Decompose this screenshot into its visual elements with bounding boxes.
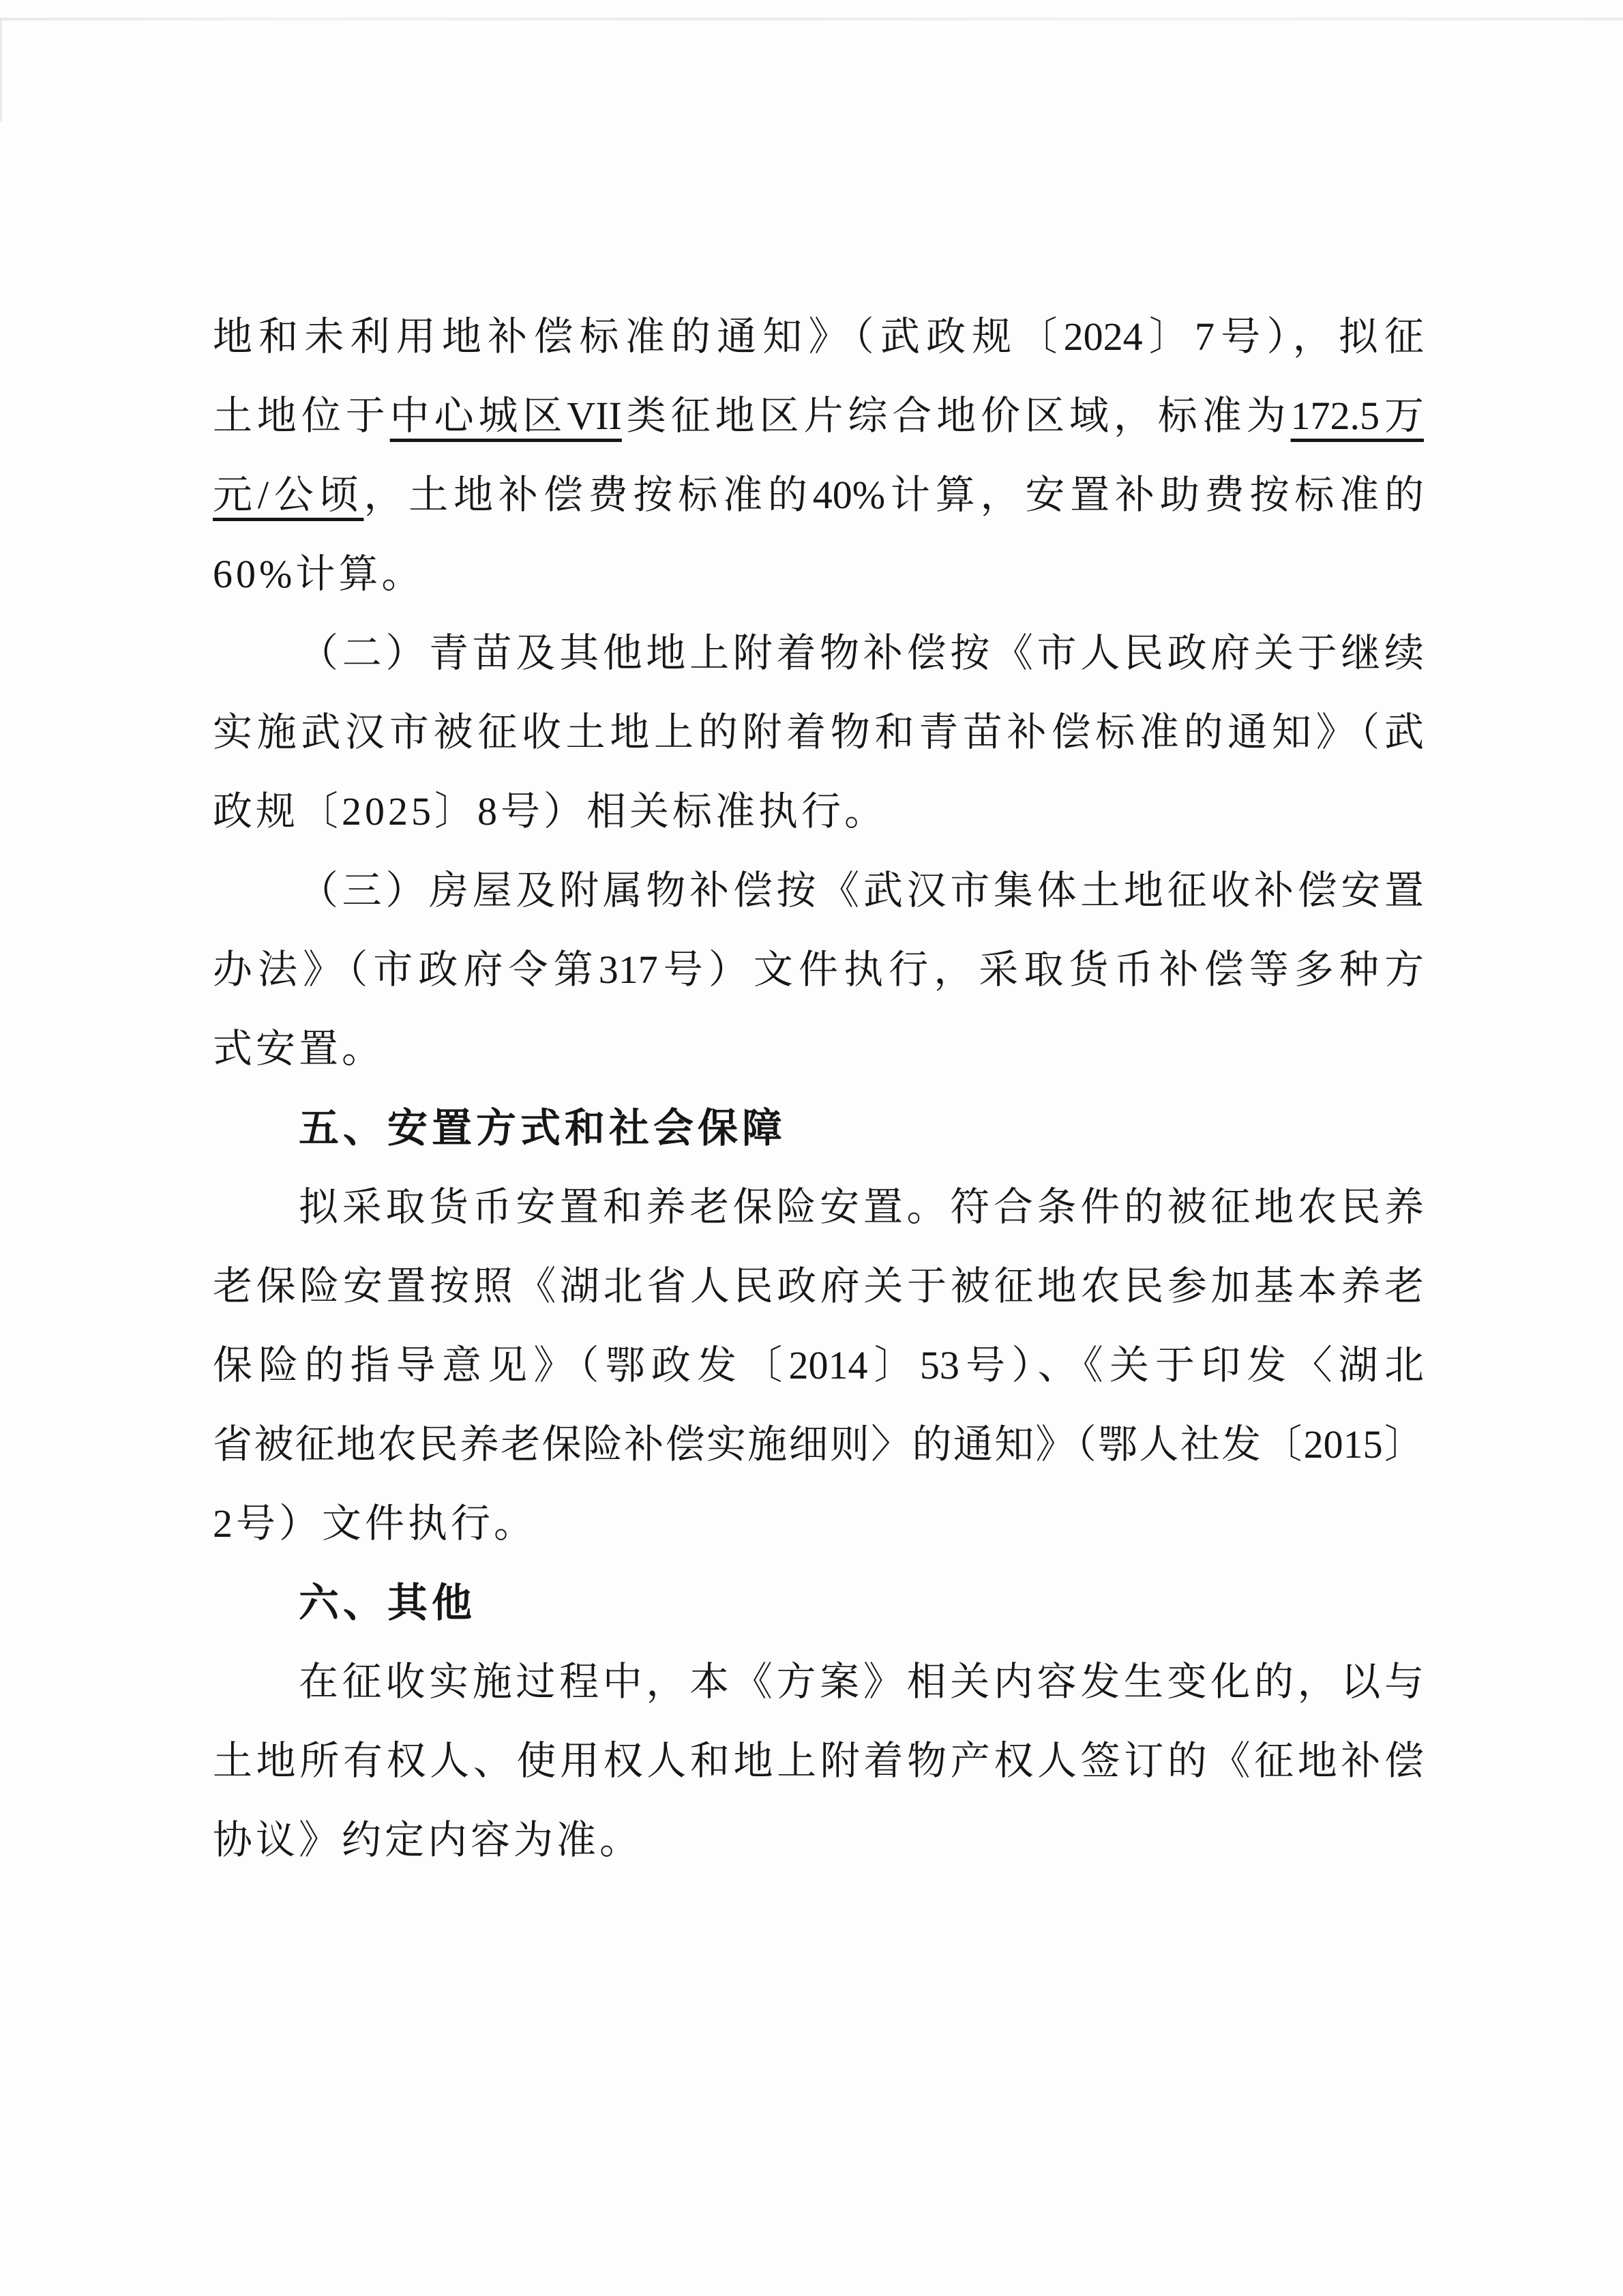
underlined-text: 元/公顷 <box>213 473 363 517</box>
text-line: 式安置。 <box>213 1010 1424 1089</box>
section-heading: 五、安置方式和社会保障 <box>213 1089 1424 1168</box>
text-run: 式安置。 <box>213 1027 385 1071</box>
document-text: 地和未利用地补偿标准的通知》（武政规〔2024〕7号），拟征土地位于中心城区VI… <box>213 297 1424 1880</box>
text-line: 2号）文件执行。 <box>213 1484 1424 1563</box>
text-line: （三）房屋及附属物补偿按《武汉市集体土地征收补偿安置 <box>213 851 1424 930</box>
text-line: 拟采取货币安置和养老保险安置。符合条件的被征地农民养 <box>213 1168 1424 1247</box>
text-line: 土地所有权人、使用权人和地上附着物产权人签订的《征地补偿 <box>213 1722 1424 1801</box>
text-line: 办法》（市政府令第317号）文件执行，采取货币补偿等多种方 <box>213 930 1424 1010</box>
text-run: 2号）文件执行。 <box>213 1501 537 1546</box>
text-line: 在征收实施过程中，本《方案》相关内容发生变化的，以与 <box>213 1643 1424 1722</box>
text-run: 政规〔2025〕8号）相关标准执行。 <box>213 789 887 834</box>
text-line: 土地位于中心城区VII类征地区片综合地价区域，标准为172.5万 <box>213 377 1424 456</box>
section-heading: 六、其他 <box>213 1563 1424 1643</box>
text-run: 实施武汉市被征收土地上的附着物和青苗补偿标准的通知》（武 <box>213 710 1424 754</box>
text-run: （二）青苗及其他地上附着物补偿按《市人民政府关于继续 <box>299 631 1424 675</box>
text-run: 保险的指导意见》（鄂政发〔2014〕53号）、《关于印发〈湖北 <box>213 1343 1424 1387</box>
text-run: 土地所有权人、使用权人和地上附着物产权人签订的《征地补偿 <box>213 1739 1424 1783</box>
text-run: 协议》约定内容为准。 <box>213 1818 642 1862</box>
text-line: （二）青苗及其他地上附着物补偿按《市人民政府关于继续 <box>213 614 1424 693</box>
text-run: 六、其他 <box>299 1579 476 1626</box>
text-run: 60%计算。 <box>213 552 424 596</box>
text-run: 拟采取货币安置和养老保险安置。符合条件的被征地农民养 <box>299 1185 1424 1229</box>
text-run: 在征收实施过程中，本《方案》相关内容发生变化的，以与 <box>299 1660 1424 1704</box>
text-run: 办法》（市政府令第317号）文件执行，采取货币补偿等多种方 <box>213 947 1424 992</box>
text-line: 保险的指导意见》（鄂政发〔2014〕53号）、《关于印发〈湖北 <box>213 1326 1424 1405</box>
text-line: 老保险安置按照《湖北省人民政府关于被征地农民参加基本养老 <box>213 1247 1424 1326</box>
text-run: 土地位于 <box>213 394 390 438</box>
text-run: 老保险安置按照《湖北省人民政府关于被征地农民参加基本养老 <box>213 1264 1424 1308</box>
scan-edge-line <box>0 18 1623 20</box>
text-run: （三）房屋及附属物补偿按《武汉市集体土地征收补偿安置 <box>299 868 1424 913</box>
text-line: 协议》约定内容为准。 <box>213 1801 1424 1880</box>
document-page: 地和未利用地补偿标准的通知》（武政规〔2024〕7号），拟征土地位于中心城区VI… <box>0 0 1623 2296</box>
text-run: 省被征地农民养老保险补偿实施细则〉的通知》（鄂人社发〔2015〕 <box>213 1422 1424 1467</box>
text-line: 实施武汉市被征收土地上的附着物和青苗补偿标准的通知》（武 <box>213 693 1424 772</box>
underlined-text: 中心城区VII <box>390 394 622 438</box>
text-run: 五、安置方式和社会保障 <box>299 1104 786 1151</box>
text-line: 政规〔2025〕8号）相关标准执行。 <box>213 772 1424 851</box>
text-line: 60%计算。 <box>213 535 1424 614</box>
text-run: 地和未利用地补偿标准的通知》（武政规〔2024〕7号），拟征 <box>213 314 1424 359</box>
underlined-text: 172.5万 <box>1291 394 1424 438</box>
text-line: 省被征地农民养老保险补偿实施细则〉的通知》（鄂人社发〔2015〕 <box>213 1405 1424 1484</box>
text-line: 元/公顷，土地补偿费按标准的40%计算，安置补助费按标准的 <box>213 456 1424 535</box>
scan-edge-left-artifact <box>0 19 2 121</box>
text-run: 类征地区片综合地价区域，标准为 <box>622 394 1291 438</box>
text-line: 地和未利用地补偿标准的通知》（武政规〔2024〕7号），拟征 <box>213 297 1424 377</box>
text-run: ，土地补偿费按标准的40%计算，安置补助费按标准的 <box>363 473 1424 517</box>
